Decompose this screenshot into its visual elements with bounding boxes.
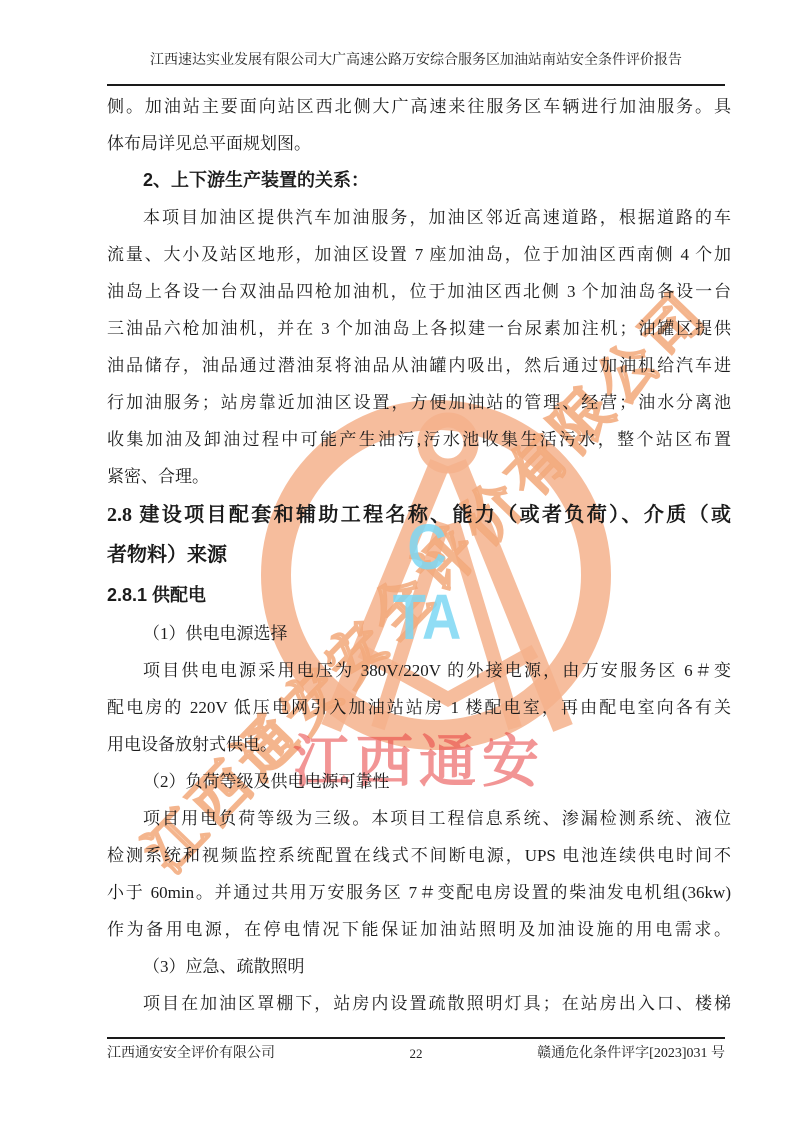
text-line: 配电房的 220V 低压电网引入加油站站房 1 楼配电室，再由配电室向各有关 [107,689,731,726]
text-line: 三油品六枪加油机，并在 3 个加油岛上各拟建一台尿素加注机；油罐区提供 [107,310,731,347]
text-line: 收集加油及卸油过程中可能产生油污,污水池收集生活污水，整个站区布置 [107,421,731,458]
text-line: 项目供电电源采用电压为 380V/220V 的外接电源，由万安服务区 6＃变 [107,652,731,689]
text-line: 紧密、合理。 [107,458,731,495]
header-rule [107,84,725,86]
document-body: 侧。加油站主要面向站区西北侧大广高速来往服务区车辆进行加油服务。具体布局详见总平… [107,88,731,1022]
page-header-title: 江西速达实业发展有限公司大广高速公路万安综合服务区加油站南站安全条件评价报告 [107,51,725,71]
text-line: （3）应急、疏散照明 [107,948,731,985]
text-line: 本项目加油区提供汽车加油服务，加油区邻近高速道路，根据道路的车 [107,199,731,236]
document-page: 江西通安安全评价有限公司 C TA 江西通安 江西速达实业发展有限公司大广高速公… [0,0,800,1131]
text-line: （2）负荷等级及供电电源可靠性 [107,763,731,800]
text-line: 体布局详见总平面规划图。 [107,125,731,162]
text-line: 流量、大小及站区地形，加油区设置 7 座加油岛，位于加油区西南侧 4 个加 [107,236,731,273]
footer-rule [107,1037,725,1039]
text-line: 项目用电负荷等级为三级。本项目工程信息系统、渗漏检测系统、液位 [107,800,731,837]
heading-line: 2、上下游生产装置的关系： [107,162,731,199]
text-line: 小于 60min。并通过共用万安服务区 7＃变配电房设置的柴油发电机组(36kw… [107,874,731,911]
heading-line: 2.8.1 供配电 [107,575,731,615]
footer-doc-number: 赣通危化条件评字[2023]031 号 [537,1044,725,1064]
text-line: 油岛上各设一台双油品四枪加油机，位于加油区西北侧 3 个加油岛各设一台 [107,273,731,310]
heading-line: 者物料）来源 [107,535,731,575]
text-line: （1）供电电源选择 [107,615,731,652]
heading-line: 2.8 建设项目配套和辅助工程名称、能力（或者负荷）、介质（或 [107,495,731,535]
text-line: 侧。加油站主要面向站区西北侧大广高速来往服务区车辆进行加油服务。具 [107,88,731,125]
text-line: 行加油服务；站房靠近加油区设置，方便加油站的管理、经营；油水分离池 [107,384,731,421]
text-line: 用电设备放射式供电。 [107,726,731,763]
text-line: 检测系统和视频监控系统配置在线式不间断电源，UPS 电池连续供电时间不 [107,837,731,874]
text-line: 作为备用电源，在停电情况下能保证加油站照明及加油设施的用电需求。 [107,911,731,948]
text-line: 油品储存，油品通过潜油泵将油品从油罐内吸出，然后通过加油机给汽车进 [107,347,731,384]
text-line: 项目在加油区罩棚下，站房内设置疏散照明灯具；在站房出入口、楼梯 [107,985,731,1022]
